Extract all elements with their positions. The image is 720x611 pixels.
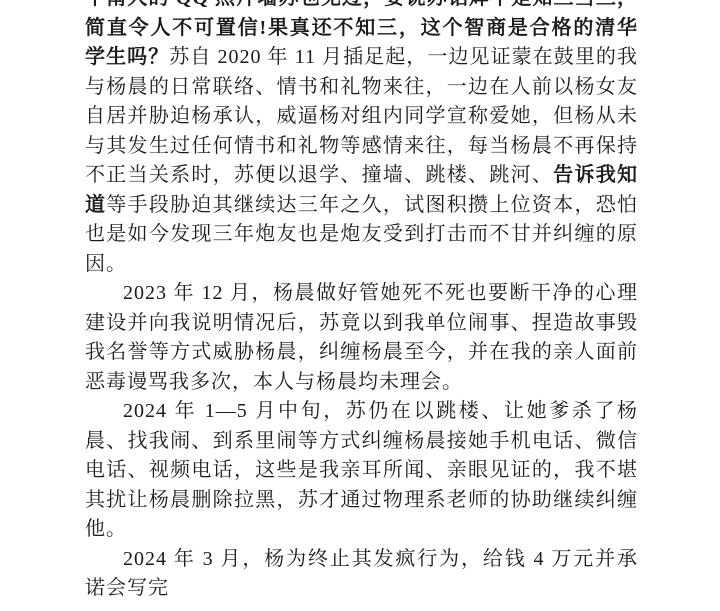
text-run: 等手段胁迫其继续达三年之久，试图积攒上位资本，恐怕也是如今发现三年炮友也是炮友受… <box>85 194 638 275</box>
paragraph-3: 2024 年 1—5 月中旬，苏仍在以跳楼、让她爹杀了杨晨、找我闹、到系里闹等方… <box>85 397 638 545</box>
paragraph-2: 2023 年 12 月，杨晨做好管她死不死也要断干净的心理建设并向我说明情况后，… <box>85 279 638 397</box>
paragraph-4: 2024 年 3 月，杨为终止其发疯行为，给钱 4 万元并承诺会写完 <box>85 545 638 604</box>
paragraph-1: 半南大的 QQ 照片墙苏也见过，要说苏铝焊不是知三当三，简直令人不可置信!果真还… <box>85 0 638 279</box>
document-page: 半南大的 QQ 照片墙苏也见过，要说苏铝焊不是知三当三，简直令人不可置信!果真还… <box>0 0 720 611</box>
text-run: 2023 年 12 月，杨晨做好管她死不死也要断干净的心理建设并向我说明情况后，… <box>85 282 638 393</box>
document-body: 半南大的 QQ 照片墙苏也见过，要说苏铝焊不是知三当三，简直令人不可置信!果真还… <box>85 0 638 604</box>
text-run: 2024 年 3 月，杨为终止其发疯行为，给钱 4 万元并承诺会写完 <box>85 548 638 600</box>
text-run: 2024 年 1—5 月中旬，苏仍在以跳楼、让她爹杀了杨晨、找我闹、到系里闹等方… <box>85 400 638 540</box>
